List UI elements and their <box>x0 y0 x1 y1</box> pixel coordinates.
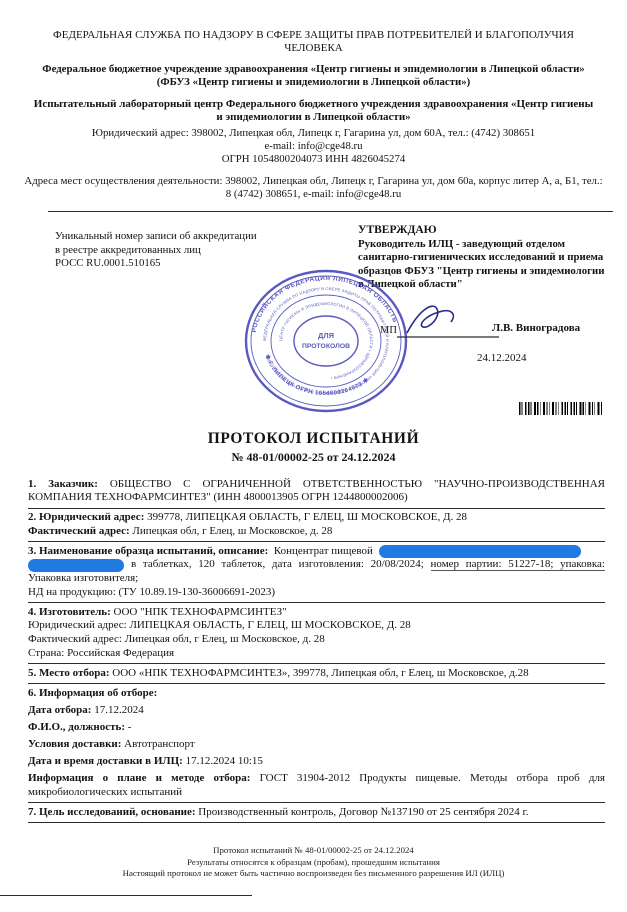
title-block: ПРОТОКОЛ ИСПЫТАНИЙ № 48-01/00002-25 от 2… <box>0 430 627 465</box>
header-legal-address: Юридический адрес: 398002, Липецкая обл,… <box>34 127 594 166</box>
accreditation-line-1: Уникальный номер записи об аккредитации <box>55 230 305 244</box>
customer-label: 1. Заказчик: <box>28 478 98 490</box>
section-sample: 3. Наименование образца испытаний, описа… <box>28 541 605 602</box>
sampling-method-label: Информация о плане и методе отбора: <box>28 772 250 784</box>
purpose-label: 7. Цель исследований, основание: <box>28 806 196 818</box>
mp-seal-mark: МП <box>380 325 397 336</box>
nd-line: НД на продукцию: (ТУ 10.89.19-130-360066… <box>28 586 605 600</box>
sampling-place-label: 5. Место отбора: <box>28 667 110 679</box>
stamp-ring3-text: ЦЕНТР ГИГИЕНЫ И ЭПИДЕМИОЛОГИИ В ЛИПЕЦКОЙ… <box>278 301 374 381</box>
approval-date: 24.12.2024 <box>477 352 527 364</box>
approval-zone: Уникальный номер записи об аккредитации … <box>0 212 627 428</box>
section-purpose: 7. Цель исследований, основание: Произво… <box>28 802 605 823</box>
stamp-center-line-2: ПРОТОКОЛОВ <box>302 343 350 350</box>
signature-mark <box>397 300 501 342</box>
manufacturer-value: ООО "НПК ТЕХНОФАРМСИНТЕЗ" <box>114 606 287 618</box>
header-organization: Федеральное бюджетное учреждение здравоо… <box>26 63 601 89</box>
ogrn-inn-line: ОГРН 1054800204073 ИНН 4826045274 <box>34 153 594 166</box>
section-legal-address: 2. Юридический адрес: 399778, ЛИПЕЦКАЯ О… <box>28 508 605 542</box>
legal-address-line: Юридический адрес: 398002, Липецкая обл,… <box>34 127 594 140</box>
page-footer: Протокол испытаний № 48-01/00002-25 от 2… <box>0 845 627 880</box>
manufacturer-label: 4. Изготовитель: <box>28 606 111 618</box>
document-title: ПРОТОКОЛ ИСПЫТАНИЙ <box>0 430 627 448</box>
legal-address-value: 399778, ЛИПЕЦКАЯ ОБЛАСТЬ, Г ЕЛЕЦ, Ш МОСК… <box>147 511 467 523</box>
footer-protocol-number: Протокол испытаний № 48-01/00002-25 от 2… <box>0 845 627 857</box>
sample-label: 3. Наименование образца испытаний, описа… <box>28 545 268 557</box>
section-customer: 1. Заказчик: ОБЩЕСТВО С ОГРАНИЧЕННОЙ ОТВ… <box>28 475 605 508</box>
packaging-line: Упаковка изготовителя; <box>28 572 605 586</box>
document-number: № 48-01/00002-25 от 24.12.2024 <box>0 450 627 465</box>
redaction-box <box>28 559 124 572</box>
section-manufacturer: 4. Изготовитель: ООО "НПК ТЕХНОФАРМСИНТЕ… <box>28 602 605 663</box>
sampling-info-label: 6. Информация об отборе: <box>28 687 157 699</box>
header-agency: ФЕДЕРАЛЬНАЯ СЛУЖБА ПО НАДЗОРУ В СФЕРЕ ЗА… <box>41 29 586 55</box>
protocol-document-page: ФЕДЕРАЛЬНАЯ СЛУЖБА ПО НАДЗОРУ В СФЕРЕ ЗА… <box>0 0 627 912</box>
sampler-name-value: - <box>128 721 132 733</box>
manufacturer-country: Страна: Российская Федерация <box>28 647 605 661</box>
sample-name: Концентрат пищевой <box>274 545 373 557</box>
accreditation-block: Уникальный номер записи об аккредитации … <box>55 230 305 271</box>
sampler-name-label: Ф.И.О., должность: <box>28 721 125 733</box>
batch-number: номер партии: 51227-18; упаковка: <box>431 558 605 571</box>
approval-heading: УТВЕРЖДАЮ <box>358 224 610 238</box>
delivery-datetime-label: Дата и время доставки в ИЛЦ: <box>28 755 183 767</box>
footer-results-note: Результаты относятся к образцам (пробам)… <box>0 857 627 869</box>
manufacturer-actual-address: Фактический адрес: Липецкая обл, г Елец,… <box>28 633 605 647</box>
manufacturer-legal-address: Юридический адрес: ЛИПЕЦКАЯ ОБЛАСТЬ, Г Е… <box>28 619 605 633</box>
round-stamp-seal: РОССИЙСКАЯ ФЕДЕРАЦИЯ ЛИПЕЦКАЯ ОБЛАСТЬ ✱ … <box>242 267 410 415</box>
stamp-center-line-1: ДЛЯ <box>318 331 334 340</box>
section-sampling-place: 5. Место отбора: ООО «НПК ТЕХНОФАРМСИНТЕ… <box>28 663 605 683</box>
sampling-date-value: 17.12.2024 <box>94 704 144 716</box>
actual-address-value: Липецкая обл, г Елец, ш Московское, д. 2… <box>132 525 332 537</box>
footer-partial-rule <box>0 895 252 896</box>
delivery-datetime-value: 17.12.2024 10:15 <box>186 755 263 767</box>
footer-copy-restriction: Настоящий протокол не может быть частичн… <box>0 868 627 880</box>
actual-address-label: Фактический адрес: <box>28 525 130 537</box>
header-laboratory-center: Испытательный лабораторный центр Федерал… <box>34 98 594 124</box>
sampling-place-value: ООО «НПК ТЕХНОФАРМСИНТЕЗ», 399778, Липец… <box>112 667 528 679</box>
approver-name: Л.В. Виноградова <box>492 322 580 334</box>
barcode <box>519 402 603 415</box>
document-header: ФЕДЕРАЛЬНАЯ СЛУЖБА ПО НАДЗОРУ В СФЕРЕ ЗА… <box>0 0 627 201</box>
delivery-conditions-value: Автотранспорт <box>124 738 195 750</box>
customer-value: ОБЩЕСТВО С ОГРАНИЧЕННОЙ ОТВЕТСТВЕННОСТЬЮ… <box>28 478 605 504</box>
email-line: e-mail: info@cge48.ru <box>34 140 594 153</box>
purpose-value: Производственный контроль, Договор №1371… <box>198 806 528 818</box>
svg-text:ЦЕНТР ГИГИЕНЫ И ЭПИДЕМИОЛОГИИ: ЦЕНТР ГИГИЕНЫ И ЭПИДЕМИОЛОГИИ В ЛИПЕЦКОЙ… <box>278 301 374 381</box>
delivery-conditions-label: Условия доставки: <box>28 738 121 750</box>
legal-address-label: 2. Юридический адрес: <box>28 511 144 523</box>
accreditation-line-2: в реестре аккредитованных лиц <box>55 244 305 258</box>
header-activity-addresses: Адреса мест осуществления деятельности: … <box>21 175 606 201</box>
sample-description: в таблетках, 120 таблеток, дата изготовл… <box>131 558 424 570</box>
sampling-date-label: Дата отбора: <box>28 704 91 716</box>
section-sampling-info: 6. Информация об отборе: Дата отбора: 17… <box>28 683 605 802</box>
sections-table: 1. Заказчик: ОБЩЕСТВО С ОГРАНИЧЕННОЙ ОТВ… <box>28 475 605 823</box>
redaction-box <box>379 545 581 558</box>
